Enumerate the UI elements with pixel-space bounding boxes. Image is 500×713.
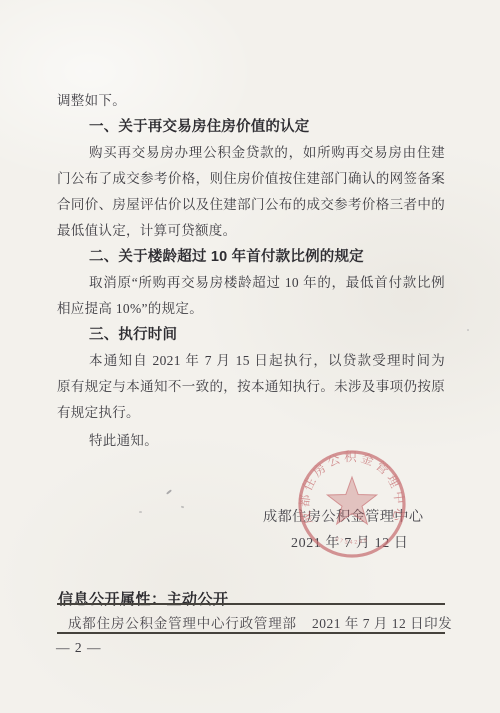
body-line: 相应提高 10%”的规定。 <box>57 296 445 322</box>
body-line: 门公布了成交参考价格，则住房价值按住建部门确认的网签备案 <box>57 166 445 192</box>
seal-code-text: 0734298 <box>334 537 370 547</box>
body-line: 有规定执行。 <box>57 400 445 426</box>
official-red-seal-icon: 成都住房公积金管理中心 0734298 <box>296 448 408 560</box>
disclosure-attribute-label: 信息公开属性： <box>58 591 167 608</box>
body-line: 购买再交易房办理公积金贷款的，如所购再交易房由住建部 <box>57 140 445 166</box>
document-body: 调整如下。 一、关于再交易房住房价值的认定 购买再交易房办理公积金贷款的，如所购… <box>57 88 445 454</box>
scan-speck <box>166 489 172 494</box>
body-line: 合同价、房屋评估价以及住建部门公布的成交参考价格三者中的 <box>57 192 445 218</box>
body-line: 原有规定与本通知不一致的，按本通知执行。未涉及事项仍按原 <box>57 374 445 400</box>
body-line-continuation: 调整如下。 <box>57 88 445 114</box>
section-1-heading: 一、关于再交易房住房价值的认定 <box>57 114 445 140</box>
disclosure-attribute-line: 信息公开属性：主动公开 <box>58 588 229 609</box>
section-3-heading: 三、执行时间 <box>57 322 445 348</box>
scan-speck <box>181 506 184 509</box>
scanned-notice-page: 调整如下。 一、关于再交易房住房价值的认定 购买再交易房办理公积金贷款的，如所购… <box>0 0 500 713</box>
footer-divider-bottom <box>57 632 445 634</box>
body-line: 取消原“所购再交易房楼龄超过 10 年的，最低首付款比例 <box>57 270 445 296</box>
scan-speck <box>467 329 469 331</box>
page-number: — 2 — <box>56 640 102 656</box>
seal-star-icon <box>327 477 376 524</box>
body-line: 最低值认定，计算可贷额度。 <box>57 218 445 244</box>
footer-issuer: 成都住房公积金管理中心行政管理部 <box>68 612 297 632</box>
body-line: 本通知自 2021 年 7 月 15 日起执行，以贷款受理时间为准。 <box>57 348 445 374</box>
scan-speck <box>139 511 142 513</box>
footer-divider-top <box>57 603 445 605</box>
section-2-heading: 二、关于楼龄超过 10 年首付款比例的规定 <box>57 244 445 270</box>
disclosure-attribute-value: 主动公开 <box>167 591 229 608</box>
footer-print-date: 2021 年 7 月 12 日印发 <box>312 612 452 632</box>
